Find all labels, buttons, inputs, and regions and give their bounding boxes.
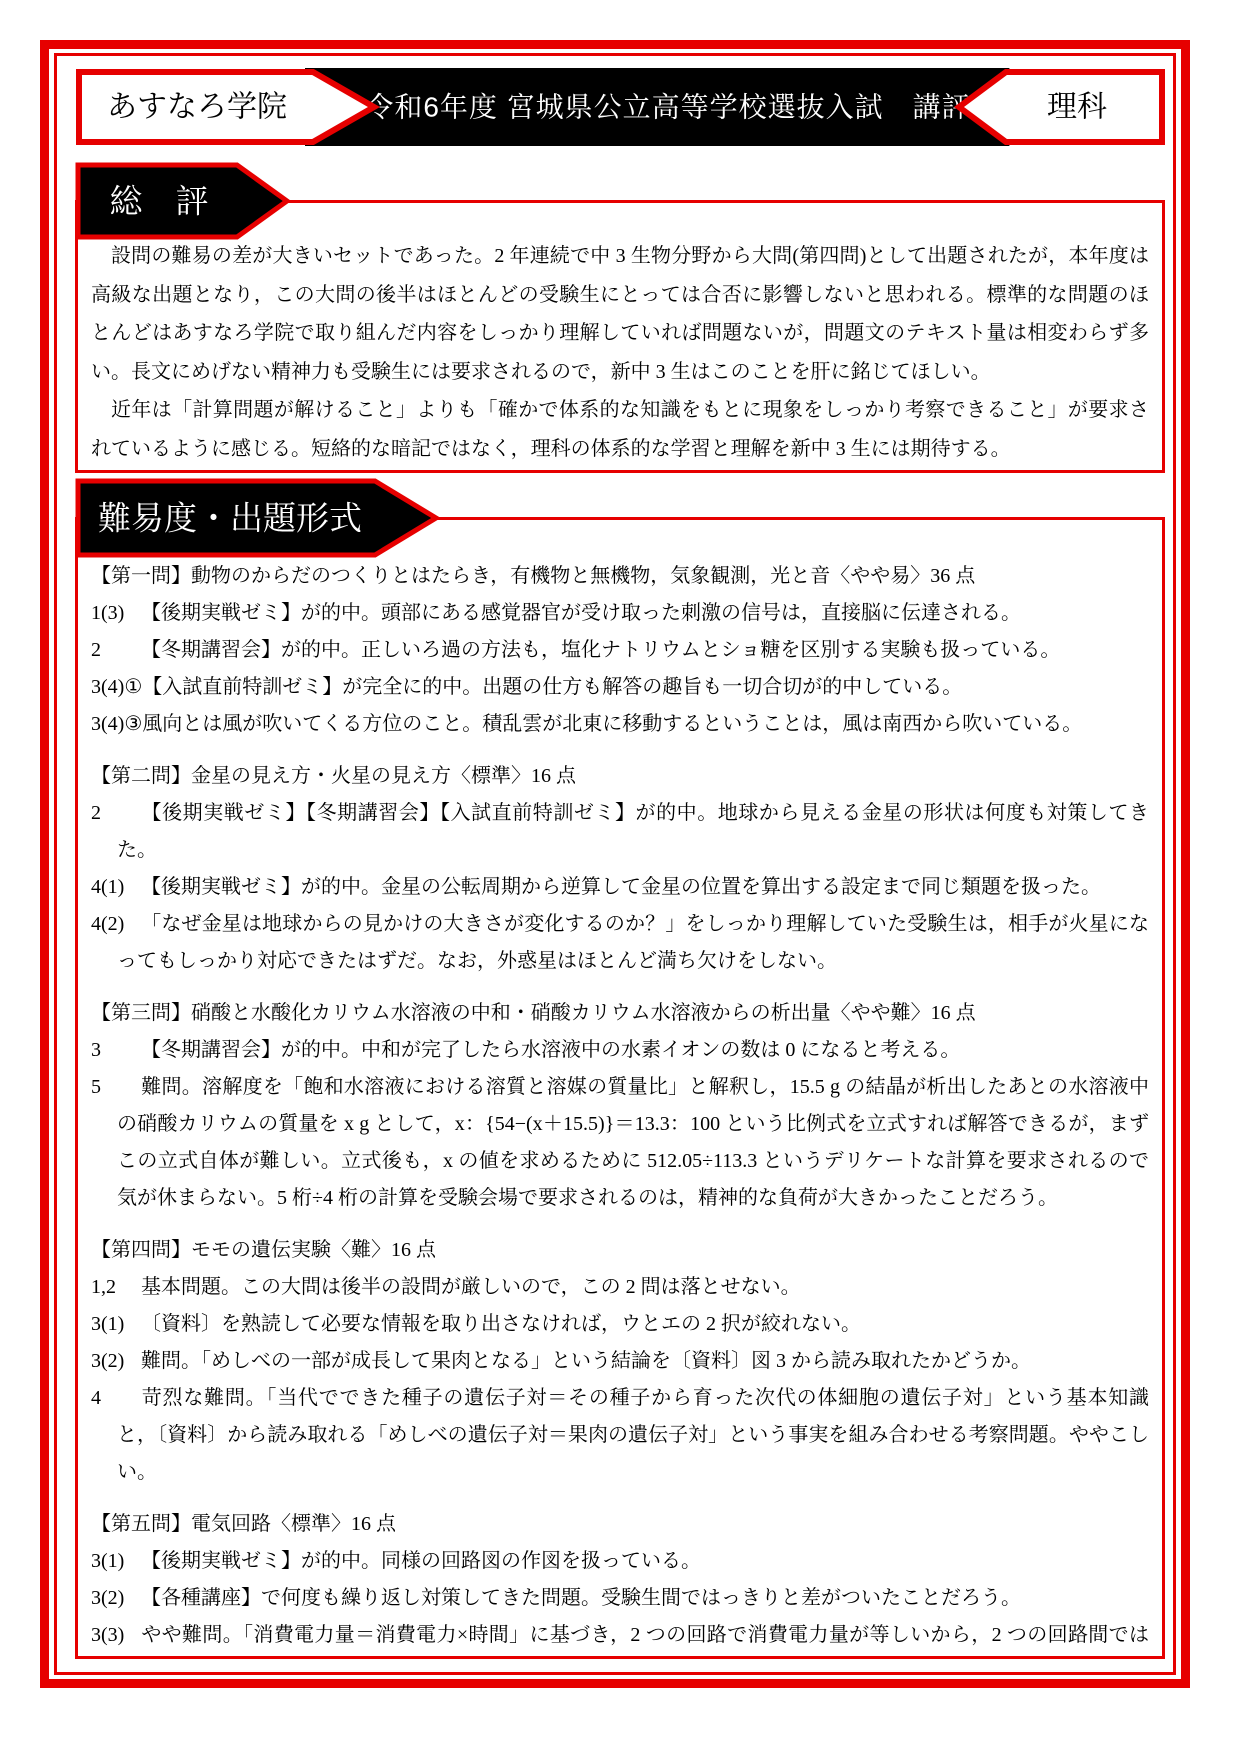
question-item: 1(3)【後期実戦ゼミ】が的中。頭部にある感覚器官が受け取った刺激の信号は，直接… xyxy=(91,595,1149,632)
item-text: 【後期実戦ゼミ】が的中。金星の公転周期から逆算して金星の位置を算出する設定まで同… xyxy=(141,876,1101,898)
item-label: 1(3) xyxy=(91,595,141,632)
exam-title: 令和6年度 宮城県公立高等学校選抜入試 講評 xyxy=(365,92,970,123)
item-label: 2 xyxy=(91,632,141,669)
item-text: 【冬期講習会】が的中。中和が完了したら水溶液中の水素イオンの数は 0 になると考… xyxy=(141,1039,960,1061)
item-label: 3(1) xyxy=(91,1306,141,1343)
question-item: 4苛烈な難問。「当代でできた種子の遺伝子対＝その種子から育った次代の体細胞の遺伝… xyxy=(91,1380,1149,1491)
question-item: 2【冬期講習会】が的中。正しいろ過の方法も，塩化ナトリウムとショ糖を区別する実験… xyxy=(91,632,1149,669)
question-item: 3【冬期講習会】が的中。中和が完了したら水溶液中の水素イオンの数は 0 になると… xyxy=(91,1032,1149,1069)
item-label: 3(3) xyxy=(91,1617,141,1654)
question-title: 【第四問】モモの遺伝実験〈難〉16 点 xyxy=(91,1232,1149,1269)
question-title: 【第五問】電気回路〈標準〉16 点 xyxy=(91,1506,1149,1543)
document-page: 令和6年度 宮城県公立高等学校選抜入試 講評 あすなろ学院 理科 設問の難易の差… xyxy=(0,0,1241,1755)
question-title: 【第一問】動物のからだのつくりとはたらき，有機物と無機物，気象観測，光と音〈やや… xyxy=(91,558,1149,595)
question-block: 【第一問】動物のからだのつくりとはたらき，有機物と無機物，気象観測，光と音〈やや… xyxy=(91,558,1149,743)
item-text: 〔資料〕を熟読して必要な情報を取り出さなければ，ウとエの 2 択が絞れない。 xyxy=(141,1313,861,1335)
item-label: 5 xyxy=(91,1069,141,1106)
question-item: 3(1)〔資料〕を熟読して必要な情報を取り出さなければ，ウとエの 2 択が絞れな… xyxy=(91,1306,1149,1343)
overview-banner-label: 総 評 xyxy=(110,183,209,220)
subject-name: 理科 xyxy=(1047,91,1107,124)
question-item: 2【後期実戦ゼミ】【冬期講習会】【入試直前特訓ゼミ】が的中。地球から見える金星の… xyxy=(91,795,1149,869)
overview-paragraph: 近年は「計算問題が解けること」よりも「確かで体系的な知識をもとに現象をしっかり考… xyxy=(91,391,1149,468)
difficulty-banner-label: 難易度・出題形式 xyxy=(98,500,362,537)
question-item: 3(4)③風向とは風が吹いてくる方位のこと。積乱雲が北東に移動するということは，… xyxy=(91,706,1149,743)
item-text: 難問。「めしべの一部が成長して果肉となる」という結論を〔資料〕図 3 から読み取… xyxy=(141,1350,1031,1372)
item-label: 3(1) xyxy=(91,1543,141,1580)
item-text: 【各種講座】で何度も繰り返し対策してきた問題。受験生間ではっきりと差がついたこと… xyxy=(141,1587,1021,1609)
item-label: 3(4)① xyxy=(91,669,142,706)
item-label: 4(1) xyxy=(91,869,141,906)
item-text: 【入試直前特訓ゼミ】が完全に的中。出題の仕方も解答の趣旨も一切合切が的中している… xyxy=(142,676,962,698)
item-label: 3 xyxy=(91,1032,141,1069)
difficulty-banner: 難易度・出題形式 xyxy=(75,478,440,558)
item-text: 風向とは風が吹いてくる方位のこと。積乱雲が北東に移動するということは，風は南西か… xyxy=(142,713,1082,735)
question-block: 【第二問】金星の見え方・火星の見え方〈標準〉16 点 2【後期実戦ゼミ】【冬期講… xyxy=(91,758,1149,980)
item-text: 【冬期講習会】が的中。正しいろ過の方法も，塩化ナトリウムとショ糖を区別する実験も… xyxy=(141,639,1060,661)
school-name: あすなろ学院 xyxy=(107,91,287,124)
question-block: 【第五問】電気回路〈標準〉16 点 3(1)【後期実戦ゼミ】が的中。同様の回路図… xyxy=(91,1506,1149,1659)
overview-paragraph: 設問の難易の差が大きいセットであった。2 年連続で中 3 生物分野から大問(第四… xyxy=(91,237,1149,391)
question-item: 3(2)【各種講座】で何度も繰り返し対策してきた問題。受験生間ではっきりと差がつ… xyxy=(91,1580,1149,1617)
item-text: やや難問。「消費電力量＝消費電力×時間」に基づき，2 つの回路で消費電力量が等し… xyxy=(117,1624,1149,1659)
question-block: 【第四問】モモの遺伝実験〈難〉16 点 1,2基本問題。この大問は後半の設問が厳… xyxy=(91,1232,1149,1491)
question-item: 5難問。溶解度を「飽和水溶液における溶質と溶媒の質量比」と解釈し，15.5 g … xyxy=(91,1069,1149,1217)
header-ribbon: 令和6年度 宮城県公立高等学校選抜入試 講評 あすなろ学院 理科 xyxy=(75,68,1166,146)
item-label: 1,2 xyxy=(91,1269,141,1306)
item-text: 【後期実戦ゼミ】が的中。頭部にある感覚器官が受け取った刺激の信号は，直接脳に伝達… xyxy=(141,602,1021,624)
question-title: 【第二問】金星の見え方・火星の見え方〈標準〉16 点 xyxy=(91,758,1149,795)
item-label: 3(2) xyxy=(91,1580,141,1617)
item-label: 4(2) xyxy=(91,906,141,943)
item-label: 3(2) xyxy=(91,1343,141,1380)
question-item: 3(4)①【入試直前特訓ゼミ】が完全に的中。出題の仕方も解答の趣旨も一切合切が的… xyxy=(91,669,1149,706)
item-text: 【後期実戦ゼミ】が的中。同様の回路図の作図を扱っている。 xyxy=(141,1550,701,1572)
overview-box: 設問の難易の差が大きいセットであった。2 年連続で中 3 生物分野から大問(第四… xyxy=(75,200,1165,473)
question-block: 【第三問】硝酸と水酸化カリウム水溶液の中和・硝酸カリウム水溶液からの析出量〈やや… xyxy=(91,995,1149,1217)
question-item: 3(2)難問。「めしべの一部が成長して果肉となる」という結論を〔資料〕図 3 か… xyxy=(91,1343,1149,1380)
item-label: 3(4)③ xyxy=(91,706,142,743)
item-text: 基本問題。この大問は後半の設問が厳しいので，この 2 問は落とせない。 xyxy=(141,1276,801,1298)
question-item: 3(3)やや難問。「消費電力量＝消費電力×時間」に基づき，2 つの回路で消費電力… xyxy=(91,1617,1149,1659)
item-text: 苛烈な難問。「当代でできた種子の遺伝子対＝その種子から育った次代の体細胞の遺伝子… xyxy=(117,1387,1149,1483)
question-item: 4(2)「なぜ金星は地球からの見かけの大きさが変化するのか？」をしっかり理解して… xyxy=(91,906,1149,980)
question-item: 3(1)【後期実戦ゼミ】が的中。同様の回路図の作図を扱っている。 xyxy=(91,1543,1149,1580)
item-label: 4 xyxy=(91,1380,141,1417)
item-text: 「なぜ金星は地球からの見かけの大きさが変化するのか？」をしっかり理解していた受験… xyxy=(117,913,1149,972)
overview-banner: 総 評 xyxy=(75,162,290,240)
question-title: 【第三問】硝酸と水酸化カリウム水溶液の中和・硝酸カリウム水溶液からの析出量〈やや… xyxy=(91,995,1149,1032)
question-item: 1,2基本問題。この大問は後半の設問が厳しいので，この 2 問は落とせない。 xyxy=(91,1269,1149,1306)
item-text: 【後期実戦ゼミ】【冬期講習会】【入試直前特訓ゼミ】が的中。地球から見える金星の形… xyxy=(117,802,1149,861)
item-label: 2 xyxy=(91,795,141,832)
difficulty-box: 【第一問】動物のからだのつくりとはたらき，有機物と無機物，気象観測，光と音〈やや… xyxy=(75,517,1165,1659)
item-text: 難問。溶解度を「飽和水溶液における溶質と溶媒の質量比」と解釈し，15.5 g の… xyxy=(117,1076,1149,1209)
question-item: 4(1)【後期実戦ゼミ】が的中。金星の公転周期から逆算して金星の位置を算出する設… xyxy=(91,869,1149,906)
